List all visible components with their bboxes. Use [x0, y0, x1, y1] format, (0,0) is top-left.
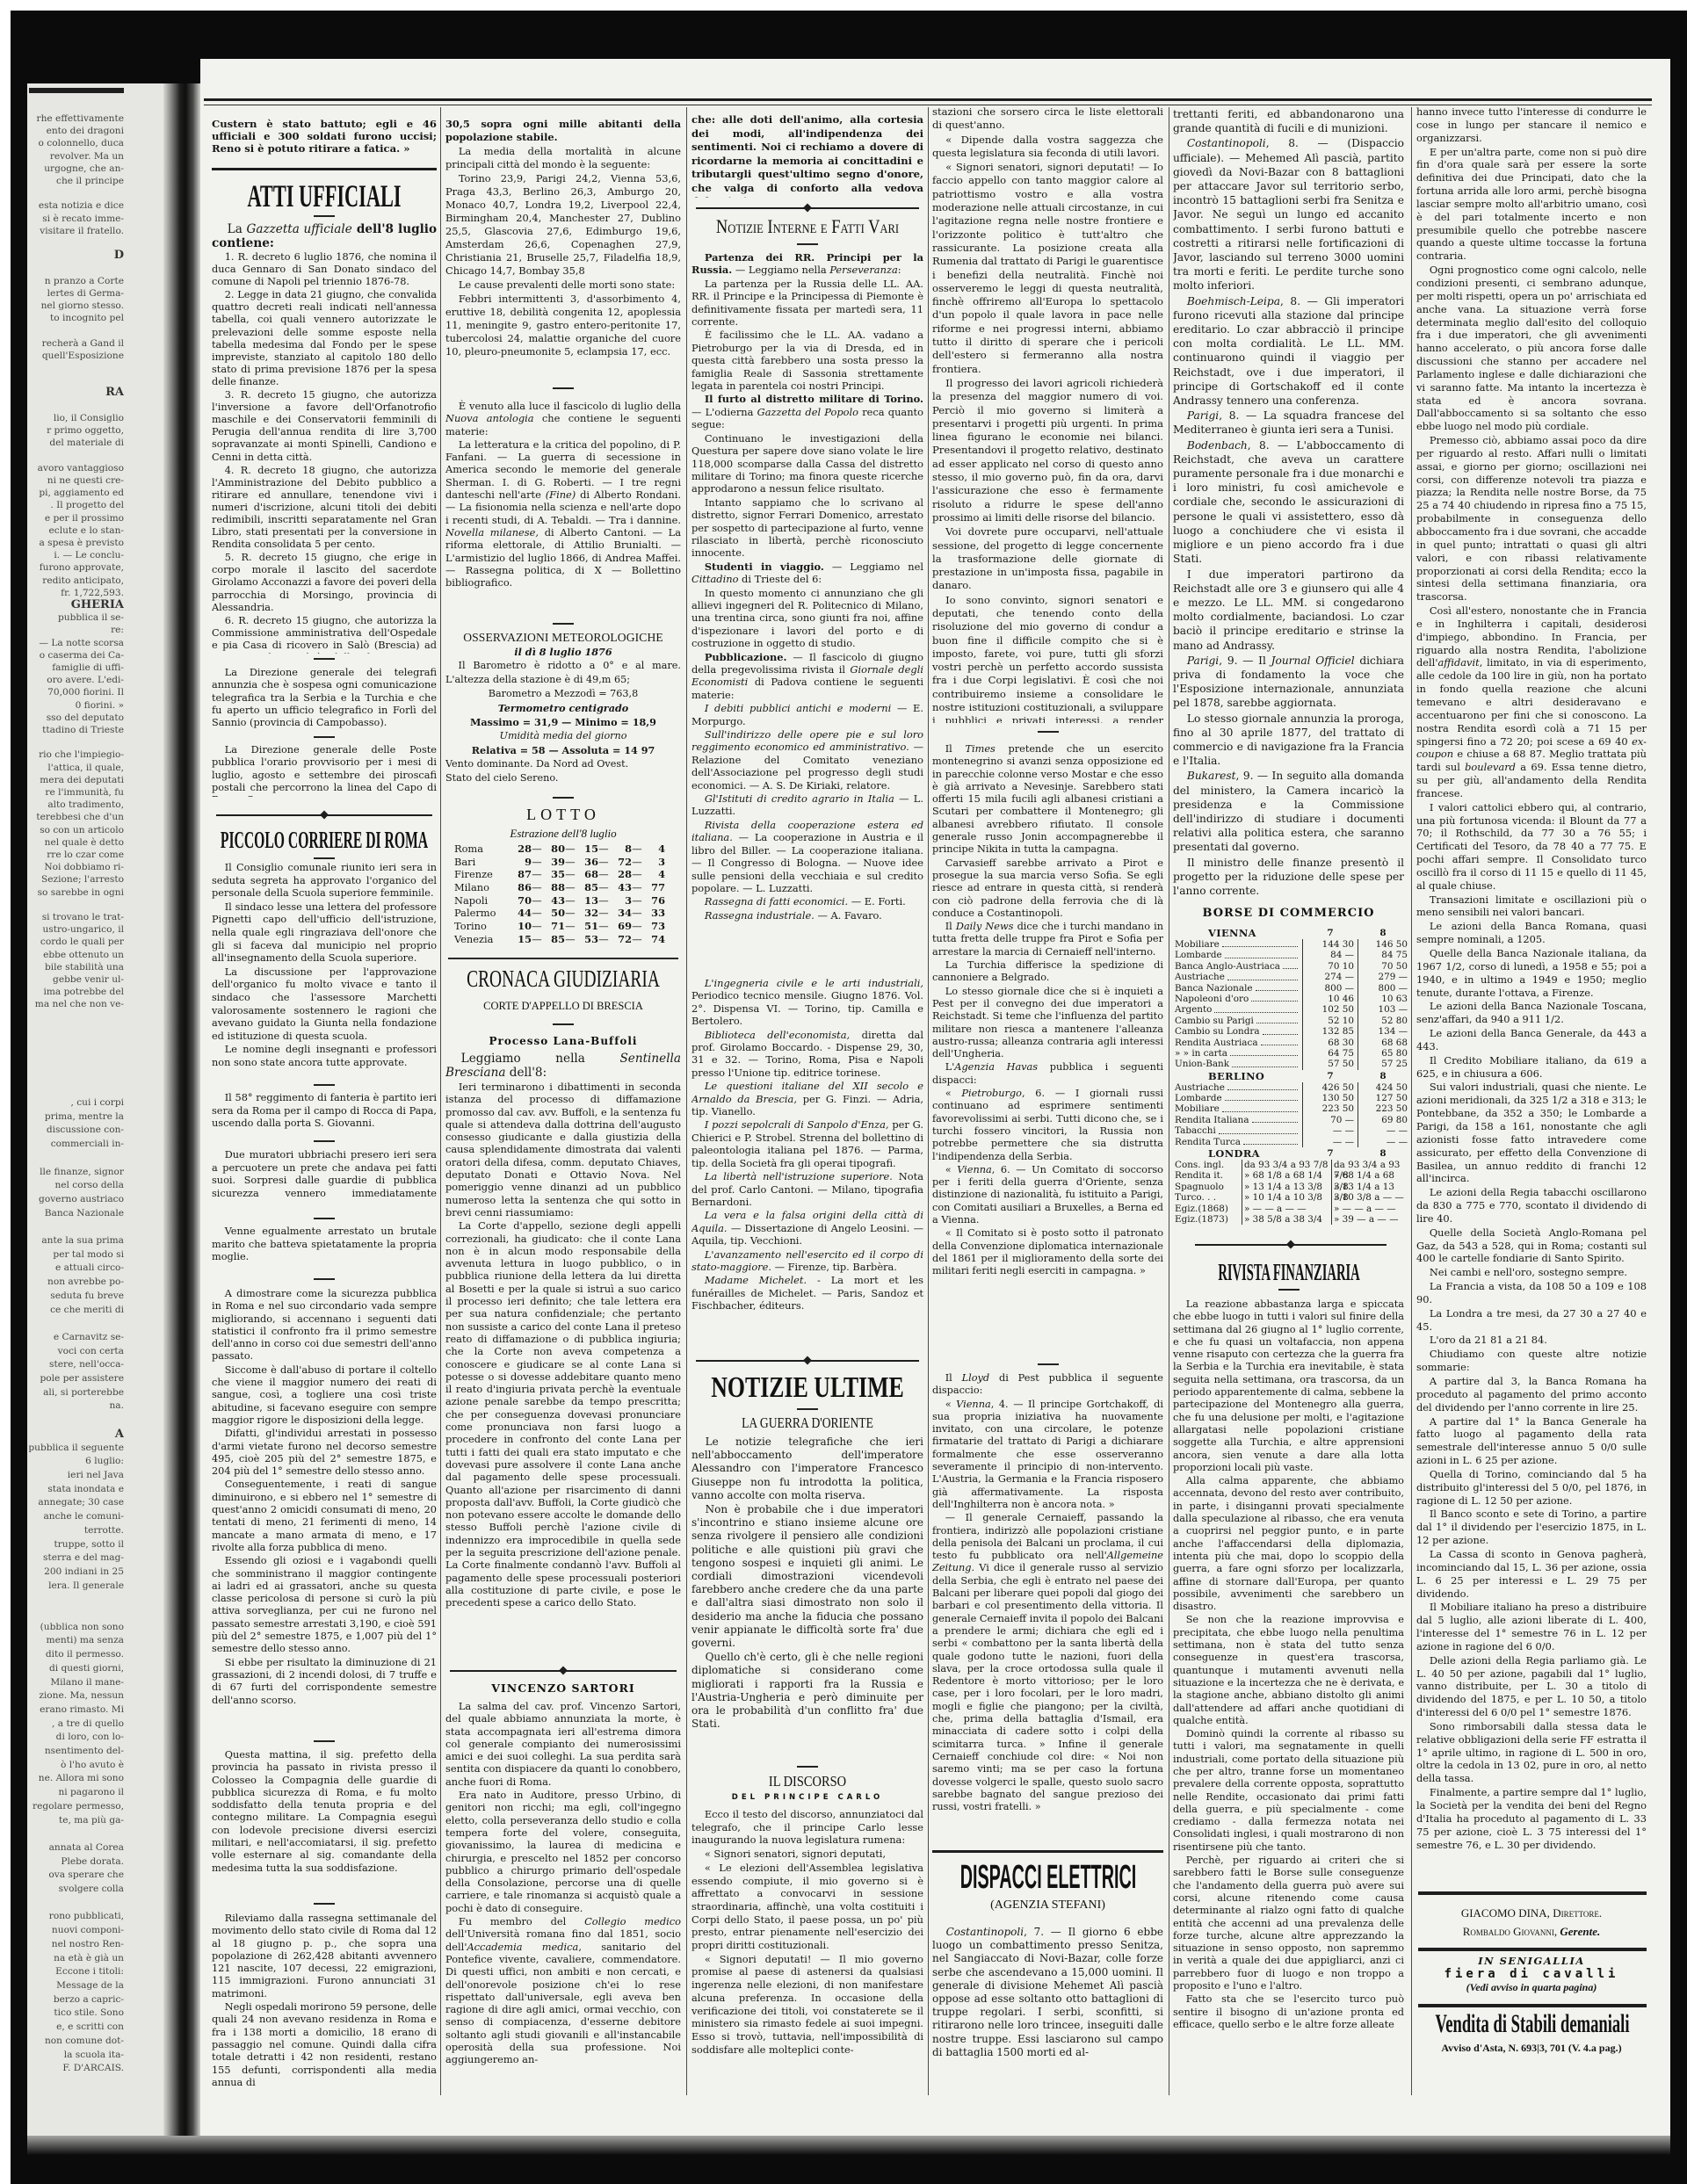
paragraph: La Corte d'appello, sezione degli appell… [445, 1219, 681, 1609]
quote-day-2: 279 — [1358, 972, 1409, 982]
line-text: lio, il Consiglio [54, 412, 124, 424]
quote-row: Cons. ingl.da 93 3/4 a 93 7/8da 93 3/4 a… [1175, 1160, 1410, 1170]
quote-row: Mobiliare223 50223 50 [1175, 1103, 1410, 1114]
line-text [121, 400, 124, 412]
line-text: avoro vantaggioso [38, 462, 124, 474]
paragraph: Ecco il testo del discorso, annunziatoci… [691, 1808, 923, 1847]
text-line-fragment: nel giorno stesso. [29, 300, 124, 312]
text-line-fragment: F. D'ARCAIS. [29, 2062, 124, 2076]
quote-day-1: 223 50 [1302, 1103, 1357, 1114]
text: In questo momento ci annunziano che gli … [691, 587, 923, 650]
heading-text: BORSE DI COMMERCIO [1203, 907, 1375, 921]
line-text: dito il permesso. [46, 1648, 124, 1662]
lottery-row: Roma28—80—15—8—4 [454, 843, 678, 856]
speech-continuation: stazioni che sorsero circa le liste elet… [932, 105, 1163, 723]
text-line-fragment: Eccone i titoli: [29, 1965, 124, 1979]
footer-rule [1418, 2004, 1647, 2007]
label-text: Turco. . . [1175, 1192, 1216, 1203]
security-label: Cambio su Londra [1175, 1026, 1300, 1037]
heading-text: Vendita di Stabili demaniali [1435, 2011, 1629, 2037]
line-text [121, 899, 124, 911]
text-line-fragment: ni pagarono il [29, 1786, 124, 1800]
eastern-war-subheading: LA GUERRA D'ORIENTE [691, 1415, 923, 1431]
paragraph: Voi dovrete pure occuparvi, nell'attuale… [932, 525, 1163, 592]
text-line-fragment: to incognito pel [29, 312, 124, 324]
paragraph: Sui valori industriali, quasi che niente… [1416, 1081, 1647, 1185]
text-line-fragment: svolgere colla [29, 1883, 124, 1897]
quote-day-2: 57 25 [1358, 1059, 1409, 1069]
line-text: truppe, sotto il [54, 1538, 124, 1552]
bold-text: Pubblicazione. [705, 651, 787, 663]
text-line-fragment: furono approvate, [29, 561, 124, 574]
line-text: ieri nel Java [68, 1469, 124, 1483]
paragraph: Sono rimborsabili dalla stessa data le r… [1416, 1720, 1647, 1785]
text-line-fragment: ce che meriti di [29, 1304, 124, 1318]
quote-day-2: 127 50 [1358, 1093, 1409, 1103]
quote-row: Lombarde84 —84 75 [1175, 950, 1410, 960]
lottery-number: 34 [609, 907, 632, 920]
separator: — [532, 843, 542, 856]
lottery-number: 13 [576, 894, 598, 908]
text: Lo stesso giornale annunzia la proroga, … [1173, 712, 1404, 768]
paragraph: Il Mobiliare italiano ha preso a distrib… [1416, 1601, 1647, 1652]
italic-text: Daily News [956, 921, 1014, 932]
heading-underline [314, 215, 335, 217]
quote-day-2: » 68 1/4 a 68 3/8 [1331, 1170, 1409, 1181]
text: Quello ch'è certo, gli è che nelle regio… [691, 1651, 923, 1730]
dot-leader [1219, 1125, 1298, 1133]
line-text: nel corso della [54, 1179, 124, 1193]
text: Io sono convinto, signori senatori e dep… [932, 594, 1163, 723]
text-line-fragment [29, 237, 124, 249]
italic-text: Perseveranza [829, 264, 897, 276]
line-text: terrotte. [84, 1524, 124, 1538]
text: Se non che la reazione improvvisa e prec… [1173, 1614, 1404, 1725]
lottery-number: 77 [642, 881, 665, 894]
text-line-fragment: na età è già un [29, 1952, 124, 1966]
separator: — [532, 894, 542, 908]
dot-leader [1222, 939, 1298, 947]
bold-text: Il furto al distretto militare di Torino… [705, 393, 923, 405]
text: Ogni prognostico come ogni calcolo, nell… [1416, 264, 1647, 432]
paragraph: Lo stesso giornale dice che si è inquiet… [932, 986, 1163, 1061]
paragraph: Il progresso dei lavori agricoli richied… [932, 377, 1163, 524]
heading-text: ATTI UFFICIALI [247, 178, 401, 213]
manager-credit: Rombaldo Giovanni, Gerente. [1416, 1925, 1647, 1939]
line-text [121, 449, 124, 461]
paragraph: Il Credito Mobiliare italiano, da 619 a … [1416, 1054, 1647, 1081]
quote-row: Rendita Austriaca68 3068 68 [1175, 1038, 1410, 1048]
text-line-fragment: non comune dot- [29, 2035, 124, 2049]
text: 3. R. decreto 15 giugno, che autorizza l… [212, 389, 437, 462]
paragraph: 1. R. decreto 6 luglio 1876, che nomina … [212, 251, 437, 288]
line-text [121, 1414, 124, 1428]
text-line-fragment: cordo le quali per [29, 936, 124, 948]
label-text: Rendita Austriaca [1175, 1038, 1258, 1048]
text-line-fragment: che il principe [29, 175, 124, 187]
lottery-row: Torino10—71—51—69—73 [454, 920, 678, 933]
line-text: cordo le quali per [40, 936, 124, 948]
paragraph: Le questioni italiane del XII secolo e A… [691, 1080, 923, 1117]
lottery-number: 4 [642, 843, 665, 856]
paragraph: Essendo gli oziosi e i vagabondi quelli … [212, 1555, 437, 1655]
line-text: che il principe [56, 175, 124, 187]
text-line-fragment: lle finanze, signor [29, 1166, 124, 1180]
text-line-fragment: revolver. Ma un [29, 150, 124, 163]
fair-reference: (Vedi avviso in quarta pagina) [1416, 1981, 1647, 1993]
quote-day-2: — — [1358, 1125, 1409, 1136]
line-text: 200 indiani in 25 [44, 1566, 124, 1580]
line-text: ante la sua prima [41, 1234, 124, 1248]
line-text: la scuola ita- [64, 2049, 124, 2063]
paragraph: Madame Michelet. - La mort et les funéra… [691, 1274, 923, 1312]
italic-text: Cittadino [691, 573, 738, 585]
paragraph: Intanto sappiamo che lo scrivano al dist… [691, 496, 923, 560]
paragraph: — Il generale Cernaieff, passando la fro… [932, 1512, 1163, 1813]
line-text: n pranzo a Corte [45, 275, 124, 287]
piccolo-corriere-heading: PICCOLO CORRIERE DI ROMA [212, 825, 437, 855]
lottery-number: 3 [609, 894, 632, 908]
quote-row: Napoleoni d'oro10 4610 63 [1175, 994, 1410, 1004]
text-line-fragment: ebbe ottenuto un [29, 949, 124, 961]
text-line-fragment: i. — Le conclu- [29, 549, 124, 561]
text: Voi dovrete pure occuparvi, nell'attuale… [932, 525, 1163, 591]
quote-day-1: — — [1302, 1137, 1357, 1147]
arrest-news: Due muratori ubbriachi presero ieri sera… [212, 1149, 437, 1202]
text: hanno invece tutto l'interesse di condur… [1416, 105, 1647, 144]
facing-page-top-rule [29, 88, 124, 93]
text: L'oro da 21 81 a 21 84. [1430, 1334, 1547, 1346]
paragraph: A partire dal 3, la Banca Romana ha proc… [1416, 1375, 1647, 1414]
label-text: Rendita Turca [1175, 1137, 1241, 1147]
text-line-fragment: si trovano le trat- [29, 911, 124, 923]
line-text: to incognito pel [50, 312, 124, 324]
text-line-fragment [29, 1593, 124, 1607]
security-label: Tabacchi [1175, 1125, 1300, 1136]
paragraph: Transazioni limitate e oscillazioni più … [1416, 893, 1647, 920]
text: stazioni che sorsero circa le liste elet… [932, 105, 1163, 131]
line-text: berzo a capric- [54, 1993, 124, 2007]
italic-text: L'ingegneria civile e le arti industrial… [705, 977, 923, 989]
quote-row: Banca Anglo-Austriaca70 1070 50 [1175, 961, 1410, 972]
weather-date: il dì 8 luglio 1876 [445, 645, 681, 659]
paragraph: La media della mortalità in alcune princ… [445, 145, 681, 171]
text-line-fragment [29, 1317, 124, 1331]
paragraph: Le notizie telegrafiche che ieri nell'ab… [691, 1436, 923, 1502]
text-line-fragment: di questi giorni, [29, 1662, 124, 1676]
quote-row: Spagnuolo» 13 1/4 a 13 3/8» 13 1/4 a 13 … [1175, 1182, 1410, 1192]
quote-day-1: da 93 3/4 a 93 7/8 [1242, 1160, 1329, 1170]
ornamental-rule [696, 207, 919, 209]
text-line-fragment: truppe, sotto il [29, 1538, 124, 1552]
postal-notice: La Direzione generale delle Poste pubbli… [212, 744, 437, 797]
lottery-number: 53 [576, 933, 598, 946]
text-line-fragment: di loro, con lo- [29, 1731, 124, 1745]
paragraph: Il furto al distretto militare di Torino… [691, 393, 923, 430]
text-line-fragment [29, 324, 124, 336]
text: Perchè, per riguardo ai criteri che si s… [1173, 1855, 1404, 1992]
lottery-number: 85 [542, 933, 565, 946]
security-label: Argento [1175, 1004, 1300, 1015]
label-text: Austriache [1175, 1082, 1225, 1093]
text-line-fragment: ni ne questi cre- [29, 474, 124, 487]
obituary-body: La salma del cav. prof. Vincenzo Sartori… [445, 1700, 681, 2094]
text-line-fragment: r primo oggetto, [29, 424, 124, 437]
quote-row: Egiz.(1868)» — — a — —» — — a — — [1175, 1204, 1410, 1214]
section-rule [448, 958, 678, 959]
separator: — [532, 933, 542, 946]
text-line-fragment: nel quale è detto [29, 836, 124, 849]
line-text: Milano il mane- [50, 1676, 124, 1690]
lottery-number: 8 [609, 843, 632, 856]
text: Le azioni della Banca Nazionale Toscana,… [1416, 1000, 1647, 1025]
text: « Signori deputati! — Il mio governo pro… [691, 1953, 923, 2056]
italic-text: Biblioteca dell'economista, [705, 1029, 850, 1041]
text: Il Mobiliare italiano ha preso a distrib… [1416, 1601, 1647, 1652]
paragraph: La vera e la falsa origini della città d… [691, 1209, 923, 1247]
barometer-note: Il Barometro è ridotto a 0° e al mare. L… [445, 659, 681, 687]
text-line-fragment: quell'Esposizione [29, 350, 124, 362]
quote-day-1: 10 46 [1302, 994, 1357, 1004]
lottery-number: 70 [509, 894, 532, 908]
line-text: r primo oggetto, [47, 424, 124, 437]
mortality-intro: 30,5 sopra ogni mille abitanti della pop… [445, 118, 681, 171]
lottery-row: Palermo44—50—32—34—33 [454, 907, 678, 920]
text: La Corte d'appello, sezione degli appell… [445, 1219, 681, 1609]
column-divider [686, 107, 687, 2095]
market-name: VIENNA [1208, 927, 1256, 939]
italic-text: Parigi [1187, 654, 1219, 667]
line-text: l'attica, il quale, [47, 762, 124, 774]
text: Sono rimborsabili dalla stessa data le r… [1416, 1720, 1647, 1784]
paragraph: Rassegna di fatti economici. — E. Forti. [691, 895, 923, 908]
lloyd-dispatch: Il Lloyd di Pest pubblica il seguente di… [932, 1372, 1163, 1842]
paragraph: Bukarest, 9. — In seguito alla domanda d… [1173, 769, 1404, 854]
text-line-fragment [29, 262, 124, 274]
line-text: ova sperare che [48, 1869, 124, 1883]
line-text: bile stabilità una [45, 961, 124, 973]
day-header: 8 [1358, 927, 1408, 939]
section-heading-fragment: D [29, 249, 124, 262]
label-text: Banca Anglo-Austriaca [1175, 961, 1280, 972]
text-line-fragment: famiglie di uffi- [29, 662, 124, 674]
lottery-number: 88 [542, 881, 565, 894]
separator-rule [797, 1766, 818, 1768]
paragraph: Le azioni della Banca Romana, quasi semp… [1416, 920, 1647, 946]
line-text: erano rimasto. Mi [40, 1703, 124, 1718]
text: A partire dal 1° la Banca Generale ha fa… [1416, 1415, 1647, 1467]
paragraph: Ogni prognostico come ogni calcolo, nell… [1416, 264, 1647, 433]
text: Il ministro delle finanze presentò il pr… [1173, 857, 1404, 897]
text: Continuano le investigazioni della Quest… [691, 432, 923, 495]
notizie-interne-heading: Notizie Interne e Fatti Vari [691, 215, 923, 238]
separator-rule [314, 1218, 335, 1219]
notizie-ultime-heading: NOTIZIE ULTIME [691, 1370, 923, 1406]
dot-leader [1214, 1004, 1298, 1012]
humidity-label: Umidità media del giorno [445, 729, 681, 743]
line-text: Plebe dorata. [61, 1855, 124, 1869]
security-label: Rendita it. [1175, 1170, 1240, 1181]
dot-leader [1243, 1137, 1298, 1145]
line-text: mera dei deputati [40, 774, 124, 786]
text-line-fragment: redito anticipato, [29, 575, 124, 587]
security-label: » » in carta [1175, 1048, 1300, 1059]
lottery-number: 4 [642, 868, 665, 881]
paragraph: « Signori deputati! — Il mio governo pro… [691, 1953, 923, 2057]
prefect-review-news: Questa mattina, il sig. prefetto della p… [212, 1749, 437, 1895]
market-name: BERLINO [1208, 1070, 1264, 1082]
text-line-fragment: , cui i corpi [29, 1096, 124, 1110]
heading-text: RIVISTA FINANZIARIA [1218, 1260, 1359, 1284]
line-text: furono approvate, [40, 561, 124, 574]
lottery-number: 39 [542, 856, 565, 869]
bold-text: Studenti in viaggio. [705, 560, 824, 573]
heading-underline [797, 1408, 818, 1410]
day-header: 8 [1358, 1147, 1408, 1160]
text-line-fragment: , a tre di quello [29, 1718, 124, 1732]
paragraph: Continuano le investigazioni della Quest… [691, 432, 923, 495]
fair-place: IN SENIGALLIA [1416, 1955, 1647, 1967]
text: Il sindaco lesse una lettera del profess… [212, 901, 437, 964]
lottery-row: Firenze87—35—68—28—4 [454, 868, 678, 881]
text: Quelle della Banca Nazionale italiana, d… [1416, 947, 1647, 999]
paragraph: Se non che la reazione improvvisa e prec… [1173, 1614, 1404, 1727]
text-line-fragment: ima potrebbe del [29, 986, 124, 998]
paragraph: E per un'altra parte, come non si può di… [1416, 146, 1647, 264]
text-line-fragment: fr. 1,722,593. [29, 587, 124, 599]
line-text: alto tradimento, [47, 799, 124, 811]
weather-title: OSSERVAZIONI METEOROLOGICHE [445, 631, 681, 645]
text-line-fragment: . Il progetto del [29, 499, 124, 511]
text: Quella di Torino, cominciando dal 5 ha d… [1416, 1468, 1647, 1507]
lottery-number: 32 [576, 907, 598, 920]
text: « [945, 1088, 962, 1099]
line-text: 70,000 fiorini. Il [47, 686, 124, 698]
line-text: , cui i corpi [70, 1096, 124, 1110]
line-text: nel giorno stesso. [41, 300, 124, 312]
lottery-number: 9 [509, 856, 532, 869]
line-text: , a tre di quello [52, 1718, 124, 1732]
quote-day-2: 134 — [1358, 1026, 1409, 1037]
text: Venne egualmente arrestato un brutale ma… [212, 1226, 437, 1262]
line-text: voci con certa [58, 1345, 124, 1359]
paragraph: Costantinopoli, 8. — (Dispaccio ufficial… [1173, 136, 1404, 293]
separator: — [598, 933, 609, 946]
line-text [121, 324, 124, 336]
text-line-fragment [29, 449, 124, 461]
line-text: e, e scritti con [56, 2021, 124, 2035]
text: « Le elezioni dell'Assemblea legislativa… [691, 1862, 923, 1951]
text-line-fragment: si è recato imme- [29, 213, 124, 225]
line-text: na età è già un [54, 1952, 124, 1966]
text-line-fragment [29, 1827, 124, 1841]
separator: — [632, 933, 642, 946]
text-line-fragment: zione. Ma, nessun [29, 1689, 124, 1703]
quote-day-1: 274 — [1302, 972, 1357, 982]
quote-row: Cambio su Londra132 85134 — [1175, 1026, 1410, 1037]
text-line-fragment: pi, aggiamento ed [29, 487, 124, 499]
paragraph: A dimostrare come la sicurezza pubblica … [212, 1288, 437, 1363]
state-property-sale-title: Vendita di Stabili demaniali [1416, 2011, 1648, 2037]
paragraph: Conseguentemente, i reati di sangue dimi… [212, 1479, 437, 1554]
ornamental-rule [450, 1670, 677, 1672]
dot-leader [1222, 1103, 1298, 1111]
quote-row: » » in carta64 7565 80 [1175, 1048, 1410, 1059]
text-line-fragment: annata al Corea [29, 1841, 124, 1855]
text: Essendo gli oziosi e i vagabondi quelli … [212, 1555, 437, 1654]
text-line-fragment: Sezione; l'arresto [29, 873, 124, 886]
security-label: Cons. ingl. [1175, 1160, 1240, 1170]
paragraph: Il Times pretende che un esercito monten… [932, 743, 1163, 857]
text: Custern è stato battuto; egli e 46 uffic… [212, 118, 437, 155]
paragraph: L'avanzamento nell'esercito ed il corpo … [691, 1248, 923, 1274]
quote-day-2: 69 80 [1358, 1115, 1409, 1125]
fair-event: fiera di cavalli [1416, 1967, 1647, 1981]
quote-row: Turco. . .» 10 1/4 a 10 3/8» 10 3/8 a — … [1175, 1192, 1410, 1203]
home-news-body: Partenza dei RR. Principi per la Russia.… [691, 251, 923, 972]
paragraph: Negli ospedali morirono 59 persone, dell… [212, 2001, 437, 2089]
separator-rule [553, 1023, 574, 1025]
text: La Turchia differisce la spedizione di c… [932, 959, 1163, 983]
line-text: di loro, con lo- [56, 1731, 124, 1745]
text-line-fragment: nuovi componi- [29, 1924, 124, 1938]
security-label: Banca Nazionale [1175, 983, 1300, 994]
line-text: ebbe ottenuto un [43, 949, 124, 961]
separator-rule [314, 1740, 335, 1742]
quote-day-1: 84 — [1302, 950, 1357, 960]
lottery-number: 86 [509, 881, 532, 894]
lottery-number: 36 [576, 856, 598, 869]
agency-subheading: (AGENZIA STEFANI) [932, 1898, 1163, 1913]
paragraph: Il ministro delle finanze presentò il pr… [1173, 856, 1404, 899]
text-line-fragment [29, 1152, 124, 1166]
rivista-finanziaria-heading: RIVISTA FINANZIARIA [1173, 1260, 1404, 1284]
separator: — [598, 843, 609, 856]
line-text: pubblica il se- [58, 611, 124, 624]
text: Carvasieff sarebbe arrivato a Pirot e pr… [932, 857, 1163, 919]
lottery-number: 73 [642, 920, 665, 933]
text-line-fragment: ieri nel Java [29, 1469, 124, 1483]
paragraph: Carvasieff sarebbe arrivato a Pirot e pr… [932, 857, 1163, 920]
italic-text: Times [965, 743, 995, 755]
dot-leader [1256, 1016, 1298, 1023]
paragraph: Le azioni della Regia tabacchi oscillaro… [1416, 1186, 1647, 1226]
text: — Dissertazione di Angelo Leosini. — Aqu… [691, 1222, 923, 1247]
paragraph: Sull'indirizzo delle opere pie e sul lor… [691, 728, 923, 792]
lottery-city: Venezia [454, 933, 509, 946]
text: Premesso ciò, abbiamo assai poco da dire… [1416, 434, 1647, 603]
director-role: Direttore. [1553, 1906, 1602, 1920]
text: — E. Forti. [848, 895, 906, 908]
lottery-row: Bari9—39—36—72—3 [454, 856, 678, 869]
text-line-fragment: anche le comuni- [29, 1510, 124, 1524]
line-text: ne. Allora mi sono [39, 1772, 124, 1786]
text: « [945, 1164, 958, 1175]
separator: — [565, 894, 576, 908]
quote-row: Austriache426 50424 50 [1175, 1082, 1410, 1093]
speech-text: Ecco il testo del discorso, annunziatoci… [691, 1808, 923, 2094]
regiment-news: Il 58° reggimento di fanteria è partito … [212, 1092, 437, 1132]
line-text: si è recato imme- [42, 213, 124, 225]
quote-row: Rendita Turca— —— — [1175, 1137, 1410, 1147]
text-line-fragment: o colonnello, duca [29, 137, 124, 149]
paragraph: L'Agenzia Havas pubblica i seguenti disp… [932, 1061, 1163, 1087]
label-text: Egiz.(1873) [1175, 1214, 1228, 1225]
line-text: rio che l'impiegio- [39, 748, 124, 761]
text-line-fragment: 0 fiorini. » [29, 699, 124, 712]
section-heading-fragment: A [29, 1428, 124, 1442]
label-text: Lombarde [1175, 1093, 1222, 1103]
